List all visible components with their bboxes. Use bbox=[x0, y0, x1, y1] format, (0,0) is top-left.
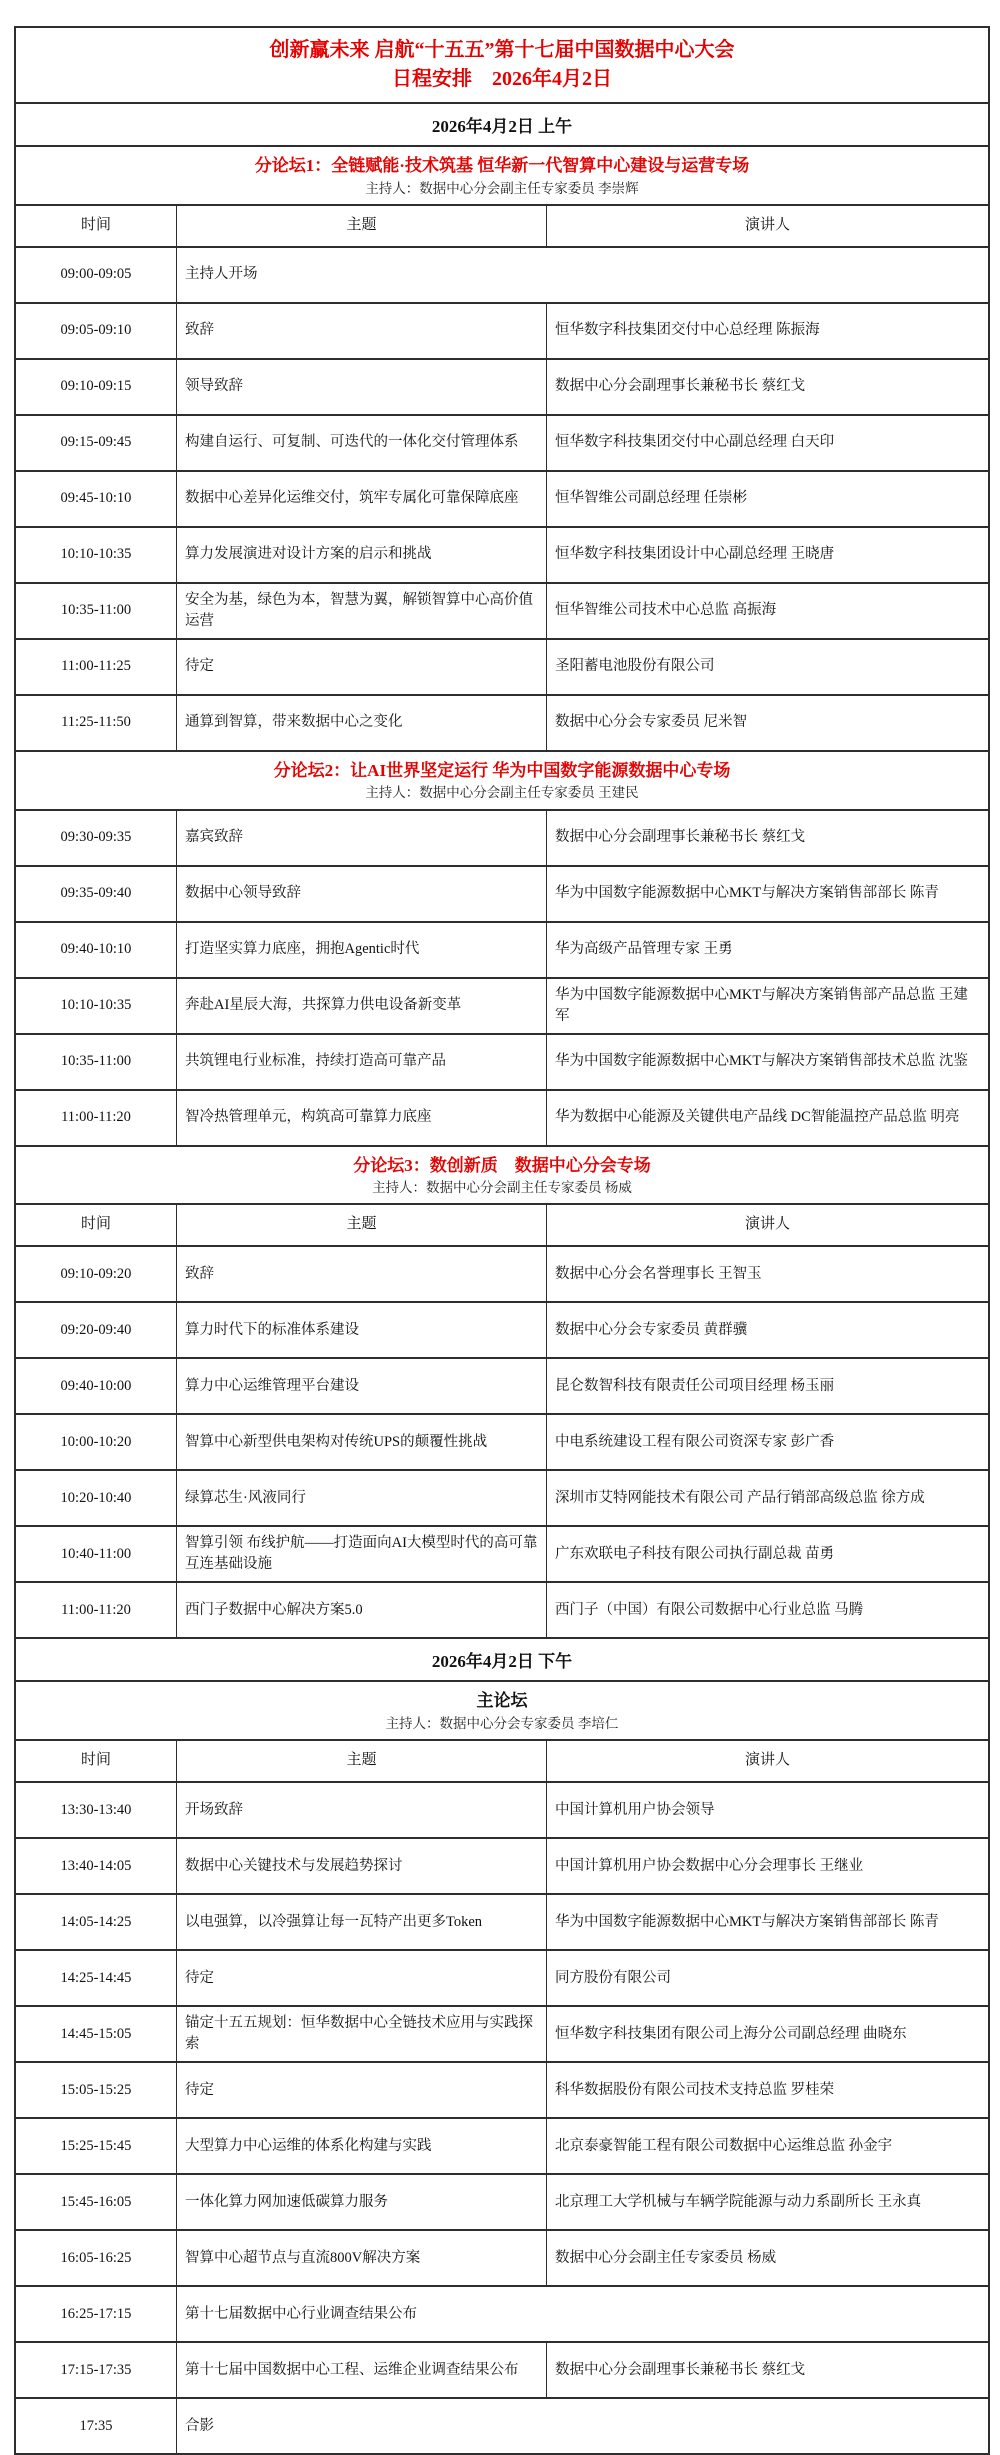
speaker-cell: 恒华数字科技集团有限公司上海分公司副总经理 曲晓东 bbox=[546, 2007, 988, 2061]
topic-cell: 第十七届数据中心行业调查结果公布 bbox=[176, 2287, 988, 2341]
forum-moderator: 主持人：数据中心分会副主任专家委员 杨威 bbox=[22, 1178, 982, 1198]
forum-header: 分论坛1：全链赋能·技术筑基 恒华新一代智算中心建设与运营专场主持人：数据中心分… bbox=[16, 145, 988, 204]
schedule-subtitle: 日程安排 2026年4月2日 bbox=[26, 65, 978, 94]
time-cell: 14:25-14:45 bbox=[16, 1951, 176, 2005]
time-cell: 10:00-10:20 bbox=[16, 1415, 176, 1469]
forum-header: 主论坛主持人：数据中心分会专家委员 李培仁 bbox=[16, 1680, 988, 1739]
time-cell: 09:30-09:35 bbox=[16, 811, 176, 865]
forum-moderator: 主持人：数据中心分会副主任专家委员 李崇辉 bbox=[22, 179, 982, 199]
table-row: 09:10-09:15领导致辞数据中心分会副理事长兼秘书长 蔡红戈 bbox=[16, 358, 988, 414]
speaker-cell: 华为数据中心能源及关键供电产品线 DC智能温控产品总监 明亮 bbox=[546, 1091, 988, 1145]
column-header-row: 时间主题演讲人 bbox=[16, 1203, 988, 1245]
table-row: 11:00-11:20智冷热管理单元，构筑高可靠算力底座华为数据中心能源及关键供… bbox=[16, 1089, 988, 1145]
topic-cell: 开场致辞 bbox=[176, 1783, 546, 1837]
topic-cell: 主持人开场 bbox=[176, 248, 988, 302]
forum-title: 分论坛3：数创新质 数据中心分会专场 bbox=[22, 1153, 982, 1179]
time-cell: 09:35-09:40 bbox=[16, 867, 176, 921]
column-header-row: 时间主题演讲人 bbox=[16, 1739, 988, 1781]
time-cell: 14:05-14:25 bbox=[16, 1895, 176, 1949]
topic-column-header: 主题 bbox=[176, 1205, 546, 1245]
topic-cell: 大型算力中心运维的体系化构建与实践 bbox=[176, 2119, 546, 2173]
schedule-table-body: 2026年4月2日 上午分论坛1：全链赋能·技术筑基 恒华新一代智算中心建设与运… bbox=[16, 102, 988, 2453]
table-row: 13:40-14:05数据中心关键技术与发展趋势探讨中国计算机用户协会数据中心分… bbox=[16, 1837, 988, 1893]
table-row: 09:35-09:40数据中心领导致辞华为中国数字能源数据中心MKT与解决方案销… bbox=[16, 865, 988, 921]
topic-cell: 锚定十五五规划：恒华数据中心全链技术应用与实践探索 bbox=[176, 2007, 546, 2061]
speaker-cell: 数据中心分会名誉理事长 王智玉 bbox=[546, 1247, 988, 1301]
table-row: 11:25-11:50通算到智算，带来数据中心之变化数据中心分会专家委员 尼米智 bbox=[16, 694, 988, 750]
forum-moderator: 主持人：数据中心分会专家委员 李培仁 bbox=[22, 1714, 982, 1734]
topic-cell: 通算到智算，带来数据中心之变化 bbox=[176, 696, 546, 750]
time-cell: 09:45-10:10 bbox=[16, 472, 176, 526]
time-cell: 11:00-11:20 bbox=[16, 1091, 176, 1145]
table-row: 09:05-09:10致辞恒华数字科技集团交付中心总经理 陈振海 bbox=[16, 302, 988, 358]
topic-cell: 一体化算力网加速低碳算力服务 bbox=[176, 2175, 546, 2229]
time-column-header: 时间 bbox=[16, 1741, 176, 1781]
speaker-cell: 中电系统建设工程有限公司资深专家 彭广香 bbox=[546, 1415, 988, 1469]
table-row: 13:30-13:40开场致辞中国计算机用户协会领导 bbox=[16, 1781, 988, 1837]
time-cell: 09:10-09:20 bbox=[16, 1247, 176, 1301]
topic-cell: 安全为基，绿色为本，智慧为翼，解锁智算中心高价值运营 bbox=[176, 584, 546, 638]
speaker-cell: 数据中心分会副理事长兼秘书长 蔡红戈 bbox=[546, 2343, 988, 2397]
speaker-cell: 数据中心分会副主任专家委员 杨威 bbox=[546, 2231, 988, 2285]
table-row: 14:05-14:25以电强算，以冷强算让每一瓦特产出更多Token华为中国数字… bbox=[16, 1893, 988, 1949]
session-banner: 2026年4月2日 下午 bbox=[16, 1637, 988, 1680]
table-row: 09:40-10:00算力中心运维管理平台建设昆仑数智科技有限责任公司项目经理 … bbox=[16, 1357, 988, 1413]
topic-cell: 智冷热管理单元，构筑高可靠算力底座 bbox=[176, 1091, 546, 1145]
table-row: 09:00-09:05主持人开场 bbox=[16, 246, 988, 302]
topic-cell: 共筑锂电行业标准，持续打造高可靠产品 bbox=[176, 1035, 546, 1089]
topic-cell: 算力中心运维管理平台建设 bbox=[176, 1359, 546, 1413]
time-column-header: 时间 bbox=[16, 206, 176, 246]
table-row: 14:25-14:45待定同方股份有限公司 bbox=[16, 1949, 988, 2005]
forum-header: 分论坛3：数创新质 数据中心分会专场主持人：数据中心分会副主任专家委员 杨威 bbox=[16, 1145, 988, 1204]
speaker-cell: 恒华智维公司副总经理 任崇彬 bbox=[546, 472, 988, 526]
speaker-cell: 华为中国数字能源数据中心MKT与解决方案销售部部长 陈青 bbox=[546, 1895, 988, 1949]
time-cell: 10:35-11:00 bbox=[16, 584, 176, 638]
speaker-cell: 恒华数字科技集团交付中心副总经理 白天印 bbox=[546, 416, 988, 470]
time-cell: 10:10-10:35 bbox=[16, 979, 176, 1033]
column-header-row: 时间主题演讲人 bbox=[16, 204, 988, 246]
topic-cell: 智算引领 布线护航——打造面向AI大模型时代的高可靠互连基础设施 bbox=[176, 1527, 546, 1581]
speaker-cell: 数据中心分会副理事长兼秘书长 蔡红戈 bbox=[546, 811, 988, 865]
speaker-cell: 北京泰豪智能工程有限公司数据中心运维总监 孙金宇 bbox=[546, 2119, 988, 2173]
table-row: 10:35-11:00安全为基，绿色为本，智慧为翼，解锁智算中心高价值运营恒华智… bbox=[16, 582, 988, 638]
time-cell: 15:25-15:45 bbox=[16, 2119, 176, 2173]
table-row: 15:25-15:45大型算力中心运维的体系化构建与实践北京泰豪智能工程有限公司… bbox=[16, 2117, 988, 2173]
topic-column-header: 主题 bbox=[176, 1741, 546, 1781]
topic-cell: 第十七届中国数据中心工程、运维企业调查结果公布 bbox=[176, 2343, 546, 2397]
time-cell: 10:20-10:40 bbox=[16, 1471, 176, 1525]
speaker-cell: 恒华数字科技集团交付中心总经理 陈振海 bbox=[546, 304, 988, 358]
time-cell: 10:35-11:00 bbox=[16, 1035, 176, 1089]
speaker-cell: 广东欢联电子科技有限公司执行副总裁 苗勇 bbox=[546, 1527, 988, 1581]
table-row: 10:10-10:35奔赴AI星辰大海，共探算力供电设备新变革华为中国数字能源数… bbox=[16, 977, 988, 1033]
time-cell: 09:15-09:45 bbox=[16, 416, 176, 470]
table-row: 09:10-09:20致辞数据中心分会名誉理事长 王智玉 bbox=[16, 1245, 988, 1301]
speaker-cell: 圣阳蓄电池股份有限公司 bbox=[546, 640, 988, 694]
time-cell: 13:30-13:40 bbox=[16, 1783, 176, 1837]
table-row: 10:35-11:00共筑锂电行业标准，持续打造高可靠产品华为中国数字能源数据中… bbox=[16, 1033, 988, 1089]
table-row: 10:00-10:20智算中心新型供电架构对传统UPS的颠覆性挑战中电系统建设工… bbox=[16, 1413, 988, 1469]
table-row: 16:25-17:15第十七届数据中心行业调查结果公布 bbox=[16, 2285, 988, 2341]
speaker-cell: 华为中国数字能源数据中心MKT与解决方案销售部产品总监 王建军 bbox=[546, 979, 988, 1033]
forum-title: 分论坛2：让AI世界坚定运行 华为中国数字能源数据中心专场 bbox=[22, 758, 982, 784]
topic-cell: 绿算芯生·风液同行 bbox=[176, 1471, 546, 1525]
speaker-column-header: 演讲人 bbox=[546, 1741, 988, 1781]
topic-cell: 智算中心新型供电架构对传统UPS的颠覆性挑战 bbox=[176, 1415, 546, 1469]
speaker-cell: 中国计算机用户协会领导 bbox=[546, 1783, 988, 1837]
forum-title: 主论坛 bbox=[22, 1688, 982, 1714]
table-row: 17:15-17:35第十七届中国数据中心工程、运维企业调查结果公布数据中心分会… bbox=[16, 2341, 988, 2397]
table-row: 15:05-15:25待定科华数据股份有限公司技术支持总监 罗桂荣 bbox=[16, 2061, 988, 2117]
topic-cell: 嘉宾致辞 bbox=[176, 811, 546, 865]
time-cell: 09:40-10:00 bbox=[16, 1359, 176, 1413]
table-row: 10:10-10:35算力发展演进对设计方案的启示和挑战恒华数字科技集团设计中心… bbox=[16, 526, 988, 582]
topic-cell: 西门子数据中心解决方案5.0 bbox=[176, 1583, 546, 1637]
speaker-cell: 深圳市艾特网能技术有限公司 产品行销部高级总监 徐方成 bbox=[546, 1471, 988, 1525]
time-cell: 15:45-16:05 bbox=[16, 2175, 176, 2229]
speaker-cell: 数据中心分会专家委员 黄群骥 bbox=[546, 1303, 988, 1357]
table-row: 09:15-09:45构建自运行、可复制、可迭代的一体化交付管理体系恒华数字科技… bbox=[16, 414, 988, 470]
time-cell: 17:15-17:35 bbox=[16, 2343, 176, 2397]
time-cell: 11:00-11:25 bbox=[16, 640, 176, 694]
conference-schedule-document: 创新赢未来 启航“十五五”第十七届中国数据中心大会 日程安排 2026年4月2日… bbox=[14, 26, 990, 2455]
forum-title: 分论坛1：全链赋能·技术筑基 恒华新一代智算中心建设与运营专场 bbox=[22, 153, 982, 179]
topic-cell: 数据中心领导致辞 bbox=[176, 867, 546, 921]
forum-header: 分论坛2：让AI世界坚定运行 华为中国数字能源数据中心专场主持人：数据中心分会副… bbox=[16, 750, 988, 809]
conference-title: 创新赢未来 启航“十五五”第十七届中国数据中心大会 bbox=[26, 36, 978, 65]
topic-cell: 数据中心关键技术与发展趋势探讨 bbox=[176, 1839, 546, 1893]
speaker-cell: 科华数据股份有限公司技术支持总监 罗桂荣 bbox=[546, 2063, 988, 2117]
speaker-cell: 数据中心分会副理事长兼秘书长 蔡红戈 bbox=[546, 360, 988, 414]
session-banner: 2026年4月2日 上午 bbox=[16, 102, 988, 145]
topic-cell: 打造坚实算力底座，拥抱Agentic时代 bbox=[176, 923, 546, 977]
topic-cell: 以电强算，以冷强算让每一瓦特产出更多Token bbox=[176, 1895, 546, 1949]
topic-cell: 致辞 bbox=[176, 1247, 546, 1301]
table-row: 15:45-16:05一体化算力网加速低碳算力服务北京理工大学机械与车辆学院能源… bbox=[16, 2173, 988, 2229]
document-title-block: 创新赢未来 启航“十五五”第十七届中国数据中心大会 日程安排 2026年4月2日 bbox=[16, 28, 988, 102]
time-cell: 16:05-16:25 bbox=[16, 2231, 176, 2285]
speaker-cell: 华为中国数字能源数据中心MKT与解决方案销售部部长 陈青 bbox=[546, 867, 988, 921]
time-cell: 10:10-10:35 bbox=[16, 528, 176, 582]
speaker-cell: 中国计算机用户协会数据中心分会理事长 王继业 bbox=[546, 1839, 988, 1893]
speaker-cell: 恒华数字科技集团设计中心副总经理 王晓唐 bbox=[546, 528, 988, 582]
time-cell: 09:20-09:40 bbox=[16, 1303, 176, 1357]
topic-cell: 奔赴AI星辰大海，共探算力供电设备新变革 bbox=[176, 979, 546, 1033]
table-row: 11:00-11:25待定圣阳蓄电池股份有限公司 bbox=[16, 638, 988, 694]
time-cell: 10:40-11:00 bbox=[16, 1527, 176, 1581]
speaker-cell: 华为高级产品管理专家 王勇 bbox=[546, 923, 988, 977]
time-column-header: 时间 bbox=[16, 1205, 176, 1245]
topic-cell: 待定 bbox=[176, 640, 546, 694]
topic-cell: 构建自运行、可复制、可迭代的一体化交付管理体系 bbox=[176, 416, 546, 470]
table-row: 09:45-10:10数据中心差异化运维交付，筑牢专属化可靠保障底座恒华智维公司… bbox=[16, 470, 988, 526]
time-cell: 17:35 bbox=[16, 2399, 176, 2453]
speaker-cell: 昆仑数智科技有限责任公司项目经理 杨玉丽 bbox=[546, 1359, 988, 1413]
speaker-cell: 西门子（中国）有限公司数据中心行业总监 马腾 bbox=[546, 1583, 988, 1637]
speaker-cell: 恒华智维公司技术中心总监 高振海 bbox=[546, 584, 988, 638]
topic-cell: 算力时代下的标准体系建设 bbox=[176, 1303, 546, 1357]
speaker-cell: 同方股份有限公司 bbox=[546, 1951, 988, 2005]
time-cell: 11:00-11:20 bbox=[16, 1583, 176, 1637]
time-cell: 16:25-17:15 bbox=[16, 2287, 176, 2341]
table-row: 09:30-09:35嘉宾致辞数据中心分会副理事长兼秘书长 蔡红戈 bbox=[16, 809, 988, 865]
topic-cell: 致辞 bbox=[176, 304, 546, 358]
time-cell: 09:00-09:05 bbox=[16, 248, 176, 302]
speaker-column-header: 演讲人 bbox=[546, 1205, 988, 1245]
table-row: 16:05-16:25智算中心超节点与直流800V解决方案数据中心分会副主任专家… bbox=[16, 2229, 988, 2285]
topic-column-header: 主题 bbox=[176, 206, 546, 246]
topic-cell: 算力发展演进对设计方案的启示和挑战 bbox=[176, 528, 546, 582]
time-cell: 15:05-15:25 bbox=[16, 2063, 176, 2117]
table-row: 17:35合影 bbox=[16, 2397, 988, 2453]
time-cell: 09:05-09:10 bbox=[16, 304, 176, 358]
time-cell: 09:10-09:15 bbox=[16, 360, 176, 414]
table-row: 11:00-11:20西门子数据中心解决方案5.0西门子（中国）有限公司数据中心… bbox=[16, 1581, 988, 1637]
time-cell: 09:40-10:10 bbox=[16, 923, 176, 977]
table-row: 09:40-10:10打造坚实算力底座，拥抱Agentic时代华为高级产品管理专… bbox=[16, 921, 988, 977]
table-row: 09:20-09:40算力时代下的标准体系建设数据中心分会专家委员 黄群骥 bbox=[16, 1301, 988, 1357]
topic-cell: 领导致辞 bbox=[176, 360, 546, 414]
time-cell: 11:25-11:50 bbox=[16, 696, 176, 750]
speaker-cell: 华为中国数字能源数据中心MKT与解决方案销售部技术总监 沈鉴 bbox=[546, 1035, 988, 1089]
table-row: 10:20-10:40绿算芯生·风液同行深圳市艾特网能技术有限公司 产品行销部高… bbox=[16, 1469, 988, 1525]
table-row: 14:45-15:05锚定十五五规划：恒华数据中心全链技术应用与实践探索恒华数字… bbox=[16, 2005, 988, 2061]
speaker-cell: 北京理工大学机械与车辆学院能源与动力系副所长 王永真 bbox=[546, 2175, 988, 2229]
speaker-column-header: 演讲人 bbox=[546, 206, 988, 246]
topic-cell: 智算中心超节点与直流800V解决方案 bbox=[176, 2231, 546, 2285]
time-cell: 14:45-15:05 bbox=[16, 2007, 176, 2061]
topic-cell: 合影 bbox=[176, 2399, 988, 2453]
speaker-cell: 数据中心分会专家委员 尼米智 bbox=[546, 696, 988, 750]
topic-cell: 数据中心差异化运维交付，筑牢专属化可靠保障底座 bbox=[176, 472, 546, 526]
topic-cell: 待定 bbox=[176, 1951, 546, 2005]
time-cell: 13:40-14:05 bbox=[16, 1839, 176, 1893]
table-row: 10:40-11:00智算引领 布线护航——打造面向AI大模型时代的高可靠互连基… bbox=[16, 1525, 988, 1581]
topic-cell: 待定 bbox=[176, 2063, 546, 2117]
forum-moderator: 主持人：数据中心分会副主任专家委员 王建民 bbox=[22, 783, 982, 803]
